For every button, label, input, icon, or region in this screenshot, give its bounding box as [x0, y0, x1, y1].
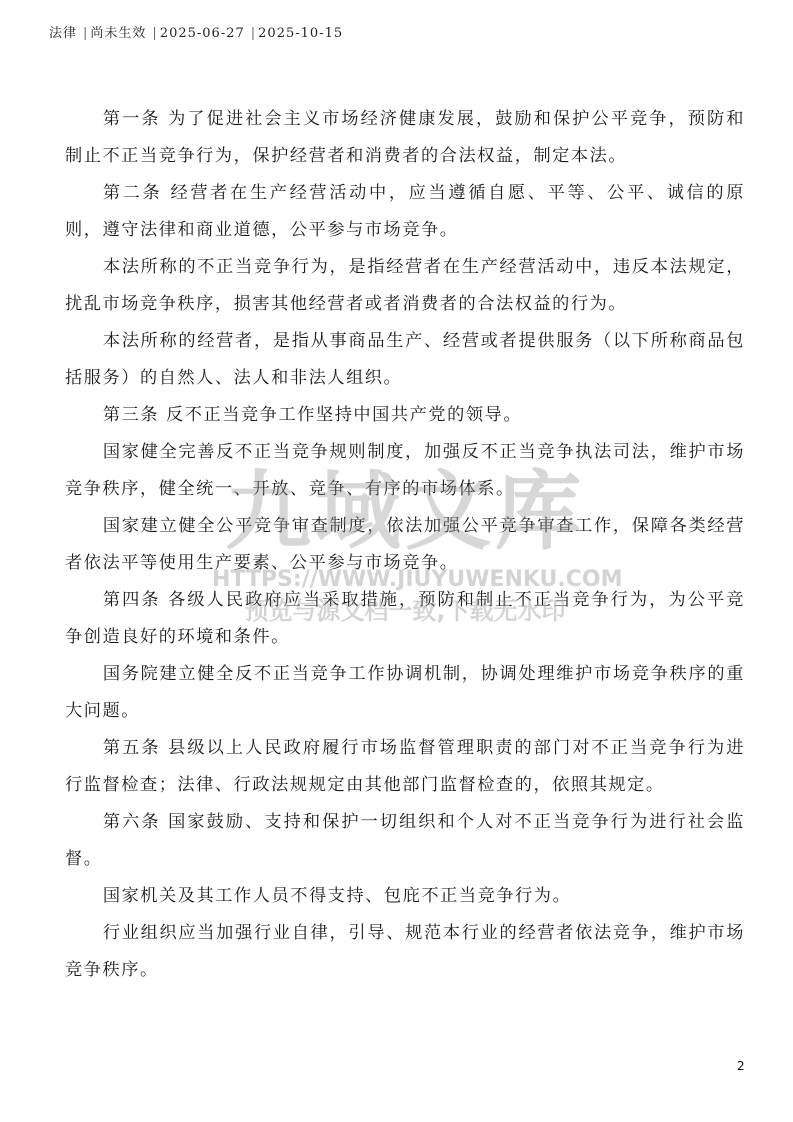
header-category: 法律	[49, 26, 77, 41]
article-3-clause-3: 国家建立健全公平竞争审查制度，依法加强公平竞争审查工作，保障各类经营者依法平等使…	[65, 508, 745, 582]
document-body: 第一条 为了促进社会主义市场经济健康发展，鼓励和保护公平竞争，预防和制止不正当竞…	[65, 101, 745, 989]
article-6-clause-3: 行业组织应当加强行业自律，引导、规范本行业的经营者依法竞争，维护市场竞争秩序。	[65, 915, 745, 989]
header-status: 尚未生效	[90, 26, 146, 41]
article-2-clause-2: 本法所称的不正当竞争行为，是指经营者在生产经营活动中，违反本法规定，扰乱市场竞争…	[65, 249, 745, 323]
article-6: 第六条 国家鼓励、支持和保护一切组织和个人对不正当竞争行为进行社会监督。	[65, 804, 745, 878]
header-separator: |	[251, 26, 256, 41]
article-2: 第二条 经营者在生产经营活动中，应当遵循自愿、平等、公平、诚信的原则，遵守法律和…	[65, 175, 745, 249]
header-separator: |	[83, 26, 88, 41]
header-publish-date: 2025-06-27	[160, 26, 245, 41]
header-effective-date: 2025-10-15	[258, 26, 343, 41]
article-1: 第一条 为了促进社会主义市场经济健康发展，鼓励和保护公平竞争，预防和制止不正当竞…	[65, 101, 745, 175]
page-number: 2	[737, 1059, 745, 1073]
document-header: 法律|尚未生效|2025-06-27|2025-10-15	[49, 22, 343, 41]
article-3-clause-2: 国家健全完善反不正当竞争规则制度，加强反不正当竞争执法司法，维护市场竞争秩序，健…	[65, 434, 745, 508]
article-2-clause-3: 本法所称的经营者，是指从事商品生产、经营或者提供服务（以下所称商品包括服务）的自…	[65, 323, 745, 397]
article-6-clause-2: 国家机关及其工作人员不得支持、包庇不正当竞争行为。	[65, 878, 745, 915]
article-3: 第三条 反不正当竞争工作坚持中国共产党的领导。	[65, 397, 745, 434]
article-5: 第五条 县级以上人民政府履行市场监督管理职责的部门对不正当竞争行为进行监督检查；…	[65, 730, 745, 804]
header-separator: |	[152, 26, 157, 41]
article-4: 第四条 各级人民政府应当采取措施，预防和制止不正当竞争行为，为公平竞争创造良好的…	[65, 582, 745, 656]
article-4-clause-2: 国务院建立健全反不正当竞争工作协调机制，协调处理维护市场竞争秩序的重大问题。	[65, 656, 745, 730]
